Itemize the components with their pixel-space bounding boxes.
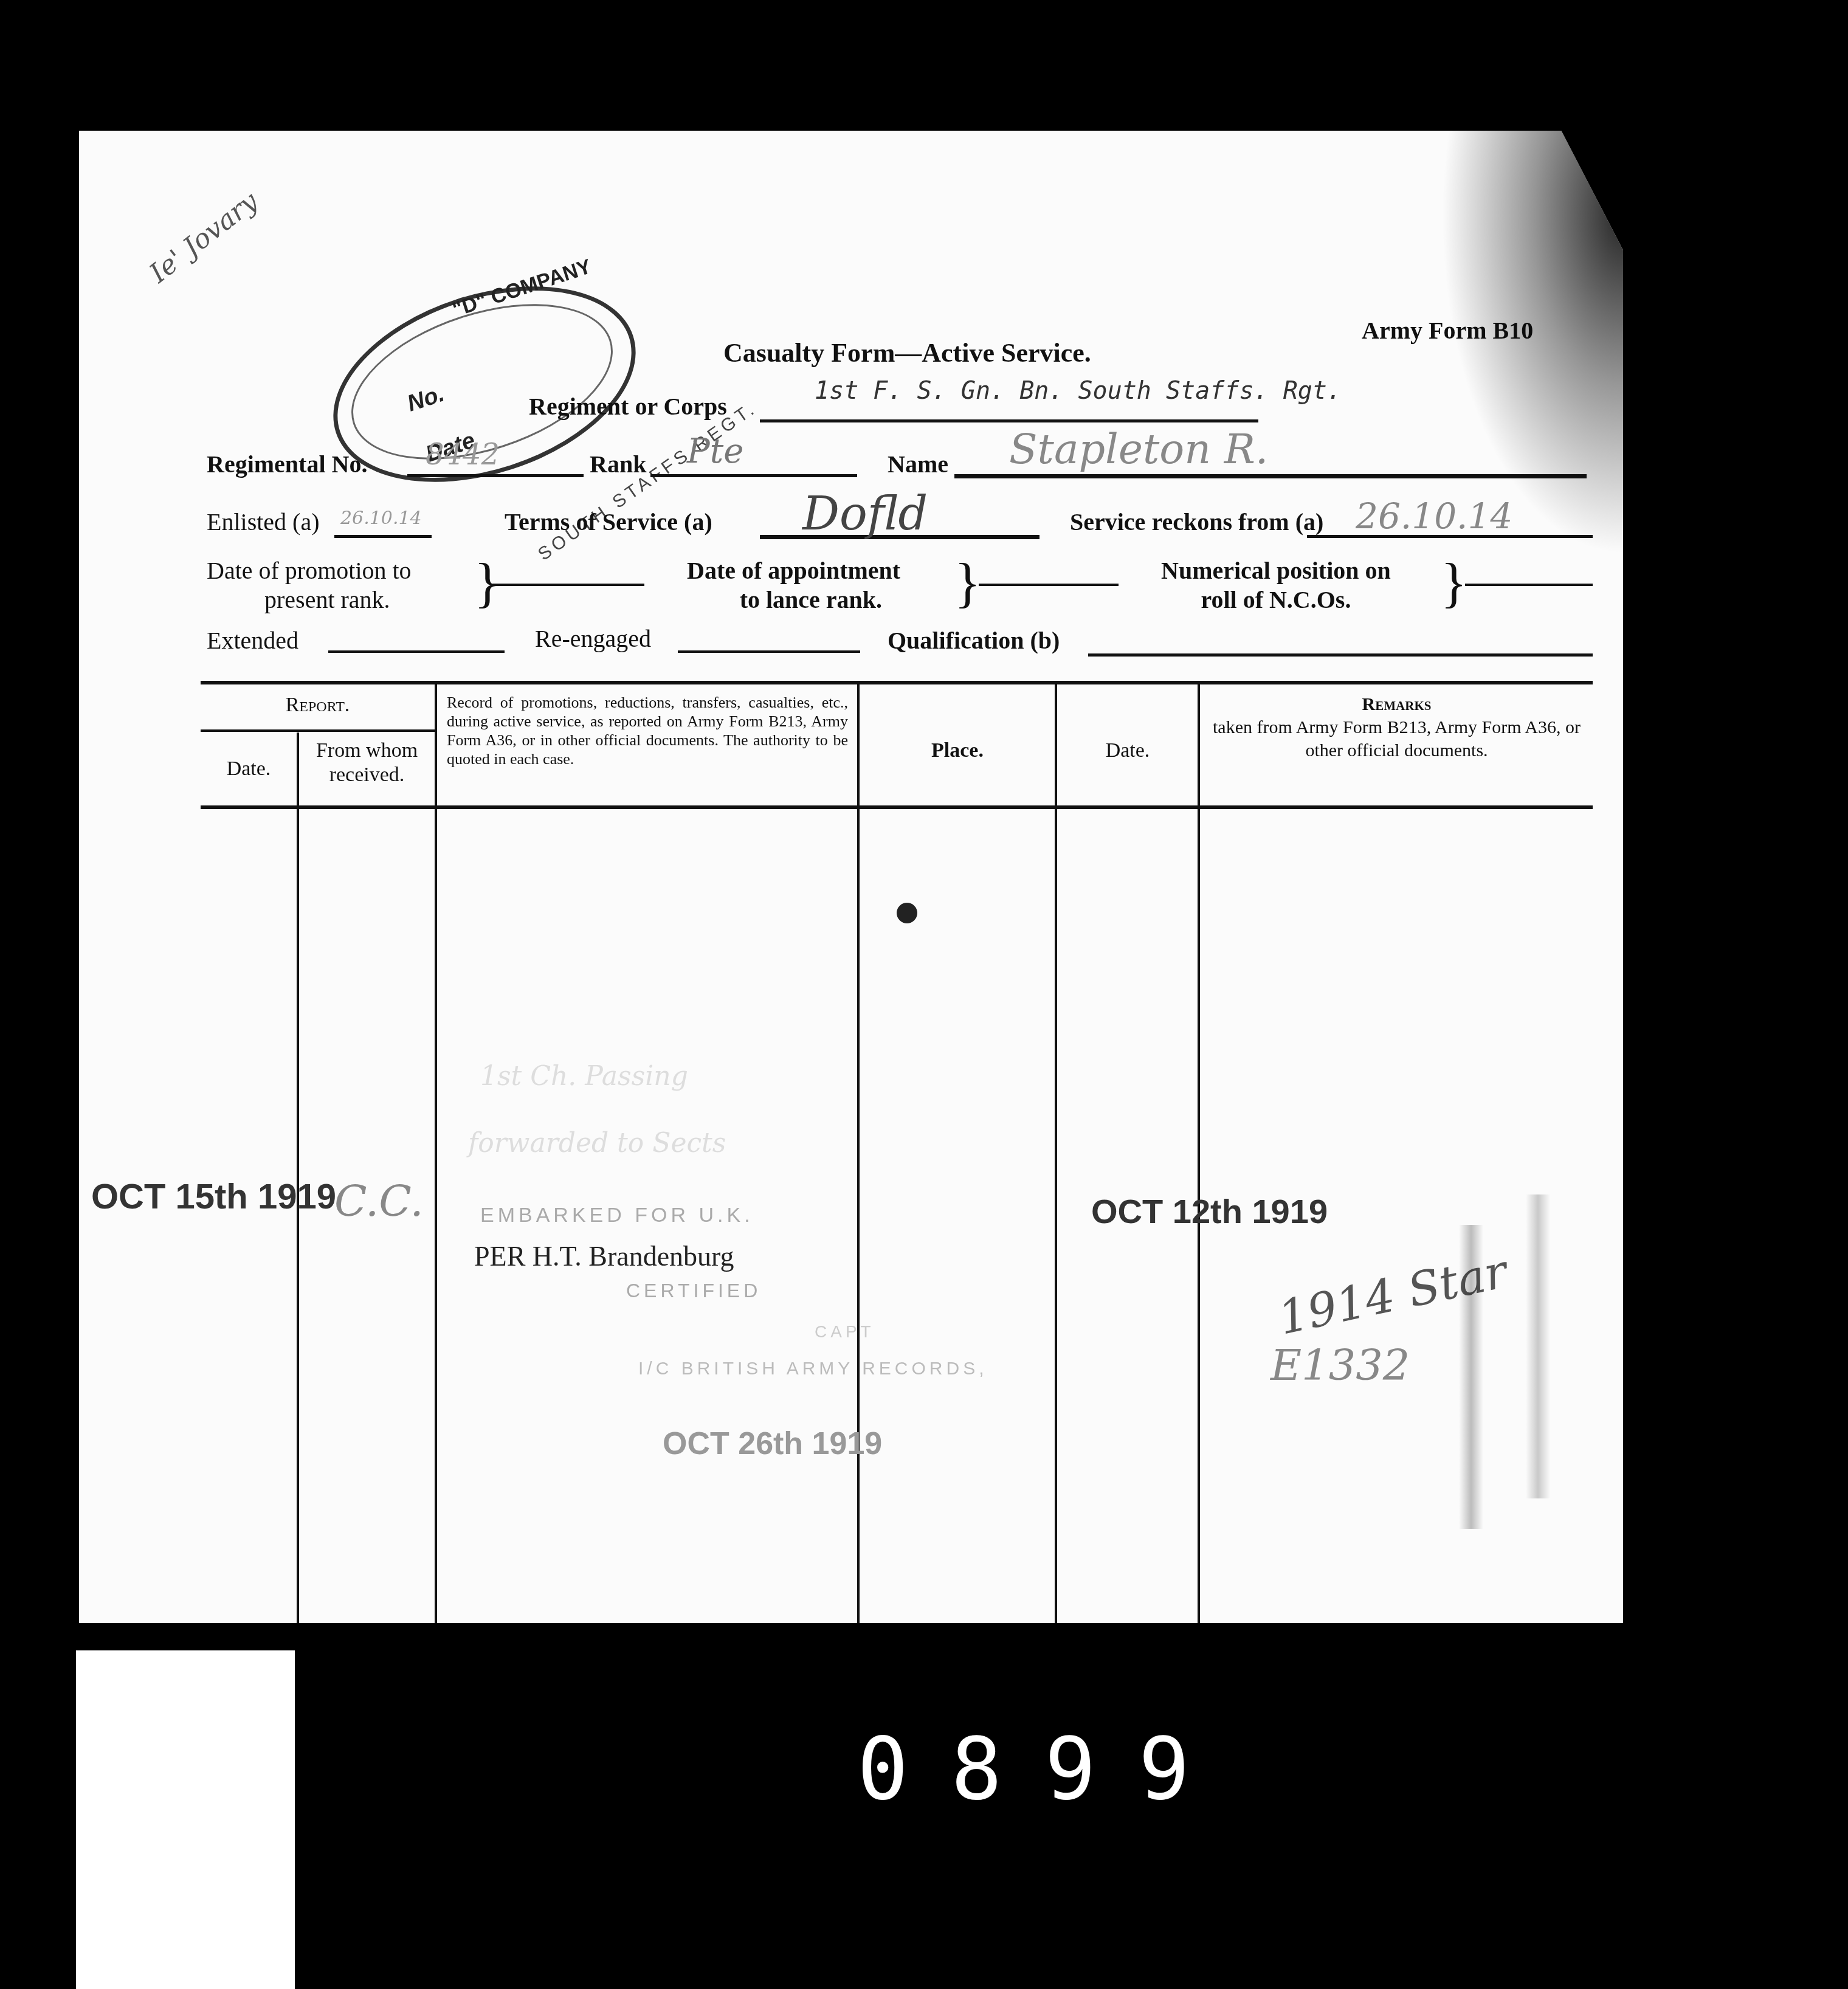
- corner-annotation: Ie' Jovary: [144, 186, 264, 289]
- report-header: Report.: [201, 693, 435, 717]
- frame-counter: 0899: [857, 1720, 1232, 1819]
- entry-faint-handwriting-1: 1st Ch. Passing: [480, 1061, 688, 1092]
- enlisted-label: Enlisted (a): [207, 508, 320, 536]
- regimental-no-value: 8442: [426, 438, 500, 472]
- entry-report-date: OCT 15th 1919: [91, 1176, 336, 1217]
- pto-note: [P. T. O.: [1532, 1675, 1582, 1691]
- record-stamp-capt: CAPT: [815, 1322, 875, 1342]
- record-stamp-records: I/C BRITISH ARMY RECORDS,: [638, 1359, 988, 1379]
- service-reckons-value: 26.10.14: [1356, 495, 1512, 537]
- rank-label: Rank: [590, 450, 646, 478]
- promotion-label-line1: Date of promotion to: [207, 556, 412, 585]
- footnote-a: (a) In the case of a man who has re-enga…: [204, 1656, 1596, 1673]
- enlisted-value: 26.10.14: [340, 508, 422, 529]
- remarks-title: Remarks: [1201, 693, 1593, 716]
- place-header: Place.: [860, 739, 1055, 763]
- record-stamp-certified: CERTIFIED: [626, 1280, 761, 1302]
- entry-date: OCT 12th 1919: [1091, 1191, 1328, 1231]
- brace: }: [954, 556, 981, 611]
- regimental-no-label: Regimental No.: [207, 450, 367, 478]
- promotion-label: Date of promotion to present rank.: [207, 556, 412, 615]
- ink-smudge: [1459, 1225, 1483, 1529]
- record-stamp-ship: PER H.T. Brandenburg: [474, 1240, 734, 1272]
- record-stamp-embarked: EMBARKED FOR U.K.: [480, 1204, 754, 1227]
- rank-value: Pte: [687, 432, 743, 471]
- film-leader-block: [76, 1650, 295, 1989]
- punch-mark: [897, 903, 917, 923]
- name-label: Name: [888, 450, 948, 478]
- form-number: Army Form B10: [1362, 316, 1533, 345]
- from-whom-header: From whom received.: [299, 739, 435, 787]
- appointment-label: Date of appointment to lance rank.: [687, 556, 900, 615]
- numerical-position-label: Numerical position on roll of N.C.Os.: [1161, 556, 1391, 615]
- date-header: Date.: [201, 757, 297, 781]
- ink-smudge: [1526, 1194, 1550, 1498]
- numerical-label-line1: Numerical position on: [1161, 556, 1391, 585]
- extended-label: Extended: [207, 626, 298, 655]
- terms-value: Dofld: [802, 486, 928, 540]
- service-reckons-label: Service reckons from (a): [1070, 508, 1323, 536]
- date2-header: Date.: [1058, 739, 1198, 763]
- brace: }: [1441, 556, 1467, 611]
- record-stamp-date: OCT 26th 1919: [663, 1425, 882, 1462]
- form-title: Casualty Form—Active Service.: [723, 337, 1091, 368]
- record-header: Record of promotions, reductions, transf…: [447, 693, 848, 768]
- entry-faint-handwriting-2: forwarded to Sects: [468, 1128, 726, 1159]
- qualification-label: Qualification (b): [888, 626, 1060, 655]
- form-sheet: Ie' Jovary "D" COMPANY No. Date SOUTH ST…: [79, 131, 1623, 1623]
- regiment-value: 1st F. S. Gn. Bn. South Staffs. Rgt.: [815, 377, 1342, 405]
- numerical-label-line2: roll of N.C.Os.: [1161, 585, 1391, 615]
- terms-label: Terms of Service (a): [505, 508, 712, 536]
- name-value: Stapleton R.: [1009, 426, 1268, 474]
- appointment-label-line1: Date of appointment: [687, 556, 900, 585]
- remarks-header: Remarks taken from Army Form B213, Army …: [1201, 693, 1593, 762]
- remarks-subtitle: taken from Army Form B213, Army Form A36…: [1201, 716, 1593, 762]
- entry-remarks-2: E1332: [1270, 1340, 1410, 1390]
- entry-from-whom: C.C.: [334, 1176, 424, 1226]
- reengaged-label: Re-engaged: [535, 624, 651, 653]
- regiment-label: Regiment or Corps: [529, 392, 727, 421]
- appointment-label-line2: to lance rank.: [687, 585, 900, 615]
- promotion-label-line2: present rank.: [207, 585, 412, 615]
